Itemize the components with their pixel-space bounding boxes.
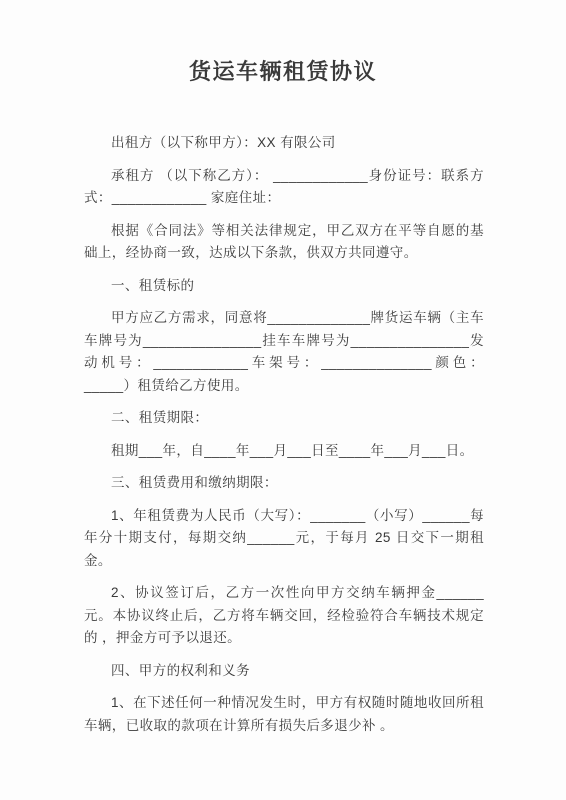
section-4-heading-party-a-rights: 四、甲方的权利和义务 bbox=[84, 660, 484, 683]
vehicle-description-clause: 甲方应乙方需求，同意将_____________牌货运车辆（主车车牌号为____… bbox=[84, 307, 484, 397]
contract-page: 货运车辆租赁协议 出租方（以下称甲方）：XX 有限公司 承租方 （以下称乙方）：… bbox=[0, 0, 566, 800]
section-1-heading-lease-subject: 一、租赁标的 bbox=[84, 275, 484, 298]
repossession-clause: 1、在下述任何一种情况发生时，甲方有权随时随地收回所租车辆，已收取的款项在计算所… bbox=[84, 692, 484, 737]
section-3-heading-fees: 三、租赁费用和缴纳期限： bbox=[84, 472, 484, 495]
document-body: 出租方（以下称甲方）：XX 有限公司 承租方 （以下称乙方）： ________… bbox=[84, 132, 484, 737]
deposit-clause: 2、协议签订后，乙方一次性向甲方交纳车辆押金______元。本协议终止后，乙方将… bbox=[84, 582, 484, 650]
party-b-lessee-line: 承租方 （以下称乙方）： ____________身份证号：联系方式：_____… bbox=[84, 165, 484, 210]
preamble-paragraph: 根据《合同法》等相关法律规定，甲乙双方在平等自愿的基础上，经协商一致，达成以下条… bbox=[84, 220, 484, 265]
party-a-lessor-line: 出租方（以下称甲方）：XX 有限公司 bbox=[84, 132, 484, 155]
section-2-heading-lease-term: 二、租赁期限： bbox=[84, 407, 484, 430]
document-title: 货运车辆租赁协议 bbox=[0, 0, 566, 87]
lease-term-dates-line: 租期___年，自____年___月___日至____年___月___日。 bbox=[84, 440, 484, 463]
annual-rent-clause: 1、年租赁费为人民币（大写）：_______（小写）______每年分十期支付，… bbox=[84, 505, 484, 573]
